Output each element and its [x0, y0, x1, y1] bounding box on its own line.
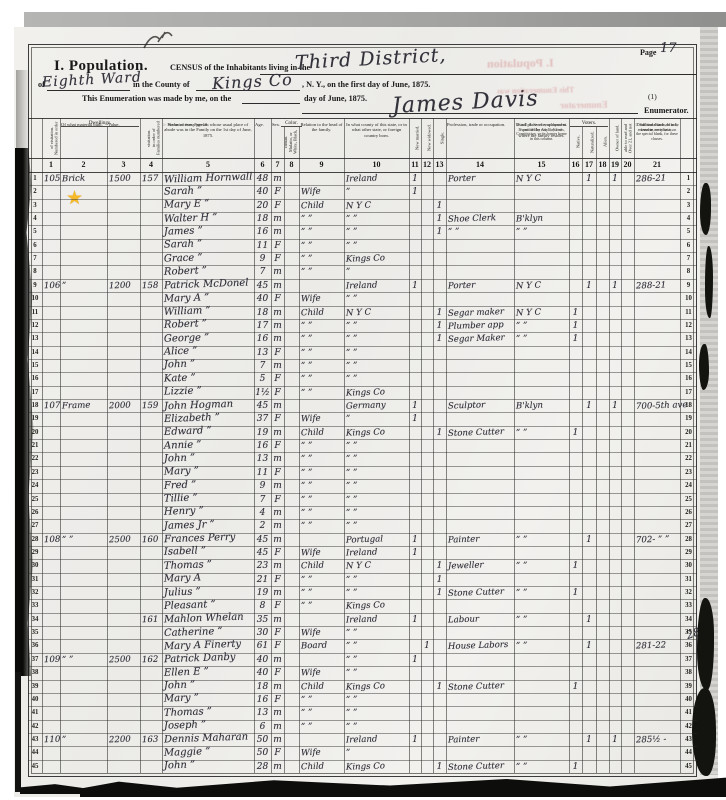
- cell-c9: Wife: [301, 187, 321, 201]
- cell-c6: 8: [254, 601, 271, 614]
- cell-c14: Jeweller: [448, 561, 484, 576]
- cell-c5: Ellen E ”: [164, 666, 209, 681]
- cell-c1: 106: [44, 281, 61, 295]
- column-line: [421, 118, 422, 773]
- cell-c11: 1: [409, 535, 421, 548]
- cell-c4: 159: [142, 401, 159, 415]
- cell-c10: ” ”: [346, 468, 358, 482]
- cell-c10: Kings Co: [346, 761, 386, 776]
- line2-suffix: , N. Y., on the first day of June, 1875.: [302, 80, 430, 89]
- cell-c7: F: [271, 695, 284, 708]
- column-number-c7: 7: [271, 160, 284, 172]
- column-header-c8: White, Black, Mulatto, or Indian.: [285, 128, 298, 156]
- row-number-left: 29: [28, 549, 42, 562]
- cell-c21: 281-22: [636, 641, 667, 655]
- cell-c2: ” ”: [62, 534, 74, 548]
- row-number-right: 1: [680, 175, 697, 188]
- row-number-right: 36: [680, 642, 697, 655]
- column-number-c17: 17: [582, 160, 596, 172]
- cell-c7: m: [271, 521, 284, 534]
- row-number-left: 42: [28, 723, 42, 736]
- cell-c6: 35: [254, 615, 271, 628]
- row-number-right: 40: [680, 696, 697, 709]
- cell-c17: 1: [582, 641, 596, 654]
- cell-c3: 2200: [109, 735, 131, 749]
- scan-artifact: [700, 183, 711, 235]
- cell-c7: F: [271, 548, 284, 561]
- row-number-right: 33: [680, 602, 697, 615]
- cell-c6: 40: [254, 655, 271, 668]
- page-label: Page: [640, 48, 656, 57]
- cell-c6: 18: [254, 214, 271, 227]
- cell-c6: 16: [254, 695, 271, 708]
- cell-c13: 1: [433, 321, 446, 334]
- row-number-left: 40: [28, 696, 42, 709]
- column-number-c5: 5: [162, 160, 254, 172]
- column-header-c12: Now widowed.: [422, 120, 432, 156]
- cell-c9: Wife: [301, 414, 321, 428]
- scan-artifact: [699, 344, 709, 390]
- cell-c6: 23: [254, 561, 271, 574]
- cell-c5: Walter H ”: [164, 212, 218, 227]
- column-line: [621, 118, 622, 773]
- row-number-right: 37: [680, 656, 697, 669]
- cell-c9: Child: [301, 427, 325, 441]
- row-number-right: 44: [680, 749, 697, 762]
- scan-top-edge: [24, 12, 726, 27]
- group-header-voters: Voters.: [570, 119, 608, 127]
- cell-c19: 1: [609, 401, 621, 414]
- cell-c11: 1: [409, 655, 421, 668]
- row-number-right: 35: [680, 629, 697, 642]
- page-number-handwritten: 17: [660, 41, 677, 56]
- row-number-right: 2: [680, 188, 697, 201]
- cell-c2: Brick: [62, 174, 86, 188]
- cell-c11: 1: [409, 401, 421, 414]
- cell-c16: 1: [569, 682, 582, 695]
- row-number-left: 9: [28, 282, 42, 295]
- row-number-left: 37: [28, 656, 42, 669]
- cell-c7: F: [271, 641, 284, 654]
- cell-c10: ” ”: [346, 574, 358, 588]
- cell-c10: ” ”: [346, 668, 358, 682]
- cell-c7: m: [271, 267, 284, 280]
- cell-c6: 2: [254, 521, 271, 534]
- cell-c7: m: [271, 428, 284, 441]
- cell-c9: ” ”: [301, 508, 313, 522]
- column-number-c10: 10: [344, 160, 409, 172]
- cell-c13: 1: [433, 561, 446, 574]
- cell-c15: ” ”: [516, 534, 528, 548]
- ink-smudge: [138, 28, 178, 54]
- cell-c15: ” ”: [516, 735, 528, 749]
- cell-c14: Stone Cutter: [448, 761, 505, 776]
- cell-c10: ” ”: [346, 347, 358, 361]
- cell-c10: N Y C: [346, 307, 372, 321]
- cell-c2: Frame: [62, 401, 91, 415]
- cell-c7: F: [271, 348, 284, 361]
- cell-c10: ” ”: [346, 641, 358, 655]
- cell-c2: ”: [62, 281, 67, 294]
- cell-c13: 1: [433, 682, 446, 695]
- cell-c15: ” ”: [516, 761, 528, 775]
- cell-c7: m: [271, 361, 284, 374]
- cell-c11: 1: [409, 281, 421, 294]
- cell-c10: N Y C: [346, 561, 372, 575]
- column-number-c8: 8: [284, 160, 299, 172]
- cell-c6: 4: [254, 508, 271, 521]
- cell-c5: John Hogman: [164, 398, 234, 414]
- row-number-right: 45: [680, 763, 697, 776]
- cell-c16: 1: [569, 561, 582, 574]
- cell-c10: ” ”: [346, 655, 358, 669]
- cell-c21: 285½ -: [636, 734, 667, 748]
- blank-line-ward: [47, 90, 130, 91]
- cell-c7: F: [271, 374, 284, 387]
- row-number-left: 1: [28, 175, 42, 188]
- cell-c5: Henry ”: [164, 506, 204, 521]
- cell-c9: ” ”: [301, 721, 313, 735]
- cell-c7: m: [271, 281, 284, 294]
- cell-c6: 21: [254, 575, 271, 588]
- column-header-c1: Numbered in order of visitation.: [43, 120, 59, 156]
- cell-c9: ” ”: [301, 227, 313, 241]
- row-number-left: 34: [28, 616, 42, 629]
- cell-c15: B'klyn: [516, 214, 543, 228]
- cell-c6: 40: [254, 187, 271, 200]
- row-number-right: 5: [680, 228, 697, 241]
- cell-c9: ” ”: [301, 374, 313, 388]
- cell-c5: Kate ”: [164, 372, 196, 386]
- row-number-right: 26: [680, 509, 697, 522]
- row-number-left: 2: [28, 188, 42, 201]
- cell-c16: 1: [569, 308, 582, 321]
- row-number-right: 41: [680, 709, 697, 722]
- cell-c6: 16: [254, 441, 271, 454]
- cell-c10: ” ”: [346, 334, 358, 348]
- census-scan-viewport: Page 17 I. Population. CENSUS of the Inh…: [0, 0, 726, 800]
- cell-c7: F: [271, 294, 284, 307]
- cell-c9: Wife: [301, 294, 321, 308]
- column-line: [284, 118, 285, 773]
- cell-c7: m: [271, 561, 284, 574]
- cell-c6: 13: [254, 708, 271, 721]
- row-number-left: 18: [28, 402, 42, 415]
- cell-c9: Wife: [301, 628, 321, 642]
- row-number-right: 12: [680, 322, 697, 335]
- cell-c15: N Y C: [516, 174, 542, 188]
- cell-c6: 45: [254, 401, 271, 414]
- row-number-left: 21: [28, 442, 42, 455]
- row-number-left: 25: [28, 496, 42, 509]
- cell-c10: Kings Co: [346, 427, 386, 442]
- line2-middle: in the County of: [133, 80, 190, 89]
- row-number-left: 35: [28, 629, 42, 642]
- cell-c15: ” ”: [516, 227, 528, 241]
- column-number-c9: 9: [299, 160, 344, 172]
- column-header-c3: Value.: [108, 122, 139, 156]
- row-number-right: 31: [680, 576, 697, 589]
- cell-c7: m: [271, 334, 284, 347]
- cell-c10: ” ”: [346, 321, 358, 335]
- column-header-c11: Now married.: [410, 120, 420, 156]
- cell-c3: 2000: [109, 401, 131, 415]
- cell-c14: Stone Cutter: [448, 427, 505, 442]
- cell-c5: Mary ”: [164, 466, 199, 481]
- cell-c9: ” ”: [301, 334, 313, 348]
- cell-c5: Grace ”: [164, 252, 203, 267]
- row-number-right: 42: [680, 723, 697, 736]
- cell-c6: 5: [254, 374, 271, 387]
- cell-c9: Wife: [301, 548, 321, 562]
- line3-suffix: day of June, 1875.: [304, 94, 367, 103]
- row-number-left: 20: [28, 429, 42, 442]
- cell-c15: ” ”: [516, 588, 528, 602]
- cell-c3: 2500: [109, 534, 131, 548]
- cell-c6: 18: [254, 308, 271, 321]
- column-number-c21: 21: [634, 160, 680, 172]
- row-number-right: 10: [680, 295, 697, 308]
- cell-c13: 1: [433, 227, 446, 240]
- cell-c7: F: [271, 601, 284, 614]
- cell-c10: ” ”: [346, 588, 358, 602]
- cell-c5: Isabell ”: [164, 546, 207, 561]
- cell-c5: Mary A: [164, 573, 201, 588]
- row-number-left: 6: [28, 242, 42, 255]
- row-number-right: 9: [680, 282, 697, 295]
- row-number-right: 30: [680, 562, 697, 575]
- cell-c10: ”: [346, 187, 351, 200]
- cell-c9: Child: [301, 561, 325, 575]
- cell-c7: m: [271, 174, 284, 187]
- cell-c7: m: [271, 722, 284, 735]
- row-number-left: 5: [28, 228, 42, 241]
- binding-shadow-bottom: [15, 672, 21, 792]
- column-line: [107, 118, 108, 773]
- row-number-left: 43: [28, 736, 42, 749]
- cell-c4: 160: [142, 534, 159, 548]
- cell-c13: 1: [433, 308, 446, 321]
- row-number-right: 25: [680, 496, 697, 509]
- cell-c16: 1: [569, 334, 582, 347]
- cell-c6: 30: [254, 628, 271, 641]
- cell-c6: 16: [254, 334, 271, 347]
- column-number-c14: 14: [446, 160, 514, 172]
- cell-c17: 1: [582, 401, 596, 414]
- cell-c6: 11: [254, 468, 271, 481]
- cell-c10: Kings Co: [346, 601, 386, 616]
- cell-c4: 158: [142, 281, 159, 295]
- cell-c7: F: [271, 388, 284, 401]
- cell-c10: Ireland: [346, 547, 378, 561]
- column-number-c3: 3: [107, 160, 140, 172]
- row-number-left: 15: [28, 362, 42, 375]
- column-header-c19: Owner of land.: [610, 120, 620, 156]
- cell-c10: ”: [346, 267, 351, 280]
- cell-c4: 157: [142, 174, 159, 188]
- cell-c9: ” ”: [301, 321, 313, 335]
- cell-c14: House Labors: [448, 640, 509, 655]
- column-number-c4: 4: [140, 160, 162, 172]
- row-number-left: 30: [28, 562, 42, 575]
- row-number-left: 19: [28, 415, 42, 428]
- column-number-c18: 18: [596, 160, 609, 172]
- cell-c7: F: [271, 575, 284, 588]
- cell-c14: Porter: [448, 174, 476, 188]
- cell-c2: ”: [62, 735, 67, 748]
- binding-shadow-top: [16, 70, 30, 150]
- row-number-left: 28: [28, 536, 42, 549]
- cell-c13: 1: [433, 214, 446, 227]
- row-number-right: 23: [680, 469, 697, 482]
- cell-c11: 1: [409, 174, 421, 187]
- cell-c9: Board: [301, 641, 328, 655]
- cell-c15: ” ”: [516, 615, 528, 629]
- cell-c9: ” ”: [301, 494, 313, 508]
- cell-c9: ” ”: [301, 468, 313, 482]
- cell-c6: 20: [254, 201, 271, 214]
- column-header-c2: Of what material built.: [61, 122, 106, 156]
- group-header-color: Color.: [281, 119, 302, 127]
- cell-c11: 1: [409, 187, 421, 200]
- cell-c7: F: [271, 414, 284, 427]
- cell-c13: 1: [433, 762, 446, 775]
- row-number-left: 4: [28, 215, 42, 228]
- row-number-right: 38: [680, 669, 697, 682]
- cell-c9: ” ”: [301, 588, 313, 602]
- cell-c6: 50: [254, 748, 271, 761]
- row-number-right: 24: [680, 482, 697, 495]
- column-header-c20: Over 21, and not able to read and write.: [622, 120, 633, 156]
- blank-line-district: [260, 74, 696, 75]
- cell-c10: ” ”: [346, 628, 358, 642]
- column-line: [582, 118, 583, 773]
- cell-c6: 19: [254, 428, 271, 441]
- column-line: [634, 118, 635, 773]
- cell-c7: m: [271, 214, 284, 227]
- cell-c7: m: [271, 508, 284, 521]
- cell-c5: Robert ”: [164, 319, 207, 334]
- cell-c6: 13: [254, 348, 271, 361]
- cell-c5: Mary E ”: [164, 198, 210, 213]
- cell-c10: ” ”: [346, 521, 358, 535]
- row-number-left: 24: [28, 482, 42, 495]
- column-number-c13: 13: [433, 160, 446, 172]
- cell-c6: 17: [254, 321, 271, 334]
- column-line: [609, 118, 610, 773]
- cell-c4: 161: [142, 614, 159, 628]
- cell-c10: ”: [346, 748, 351, 761]
- cell-c17: 1: [582, 615, 596, 628]
- row-number-left: 27: [28, 522, 42, 535]
- cell-c10: Ireland: [346, 173, 378, 187]
- column-header-c6: Age.: [255, 122, 270, 156]
- row-number-left: 36: [28, 642, 42, 655]
- cell-c6: 37: [254, 414, 271, 427]
- column-header-c14: Profession, trade or occupation.: [447, 122, 513, 156]
- row-number-right: 4: [680, 215, 697, 228]
- cell-c9: ” ”: [301, 521, 313, 535]
- cell-c5: Robert ”: [164, 265, 207, 280]
- column-header-c17: Naturalized.: [583, 128, 595, 156]
- cell-c19: 1: [609, 174, 621, 187]
- cell-c3: 1200: [109, 280, 131, 294]
- row-number-right: 14: [680, 349, 697, 362]
- column-header-c18: Alien.: [597, 128, 608, 156]
- cell-c10: Germany: [346, 400, 386, 415]
- cell-c6: 45: [254, 281, 271, 294]
- cell-c6: 9: [254, 254, 271, 267]
- cell-c9: Child: [301, 681, 325, 695]
- row-number-left: 31: [28, 576, 42, 589]
- cell-c21: 700-5th ave: [636, 400, 688, 415]
- row-number-left: 14: [28, 349, 42, 362]
- cell-c1: 108: [44, 534, 61, 548]
- cell-c6: 7: [254, 267, 271, 280]
- column-header-c9: Relation to the head of the family.: [300, 122, 343, 156]
- row-number-right: 29: [680, 549, 697, 562]
- cell-c14: Porter: [448, 280, 476, 294]
- cell-c4: 163: [142, 735, 159, 749]
- row-number-left: 22: [28, 455, 42, 468]
- row-number-right: 7: [680, 255, 697, 268]
- cell-c10: N Y C: [346, 200, 372, 214]
- column-line: [409, 118, 410, 773]
- cell-c14: Painter: [448, 734, 480, 748]
- cell-c10: ” ”: [346, 481, 358, 495]
- cell-c9: ” ”: [301, 695, 313, 709]
- cell-c10: Portugal: [346, 534, 384, 549]
- cell-c5: Thomas ”: [164, 559, 212, 574]
- cell-c1: 109: [44, 655, 61, 669]
- cell-c12: 1: [421, 641, 433, 654]
- cell-c9: ” ”: [301, 708, 313, 722]
- cell-c5: Joseph ”: [164, 719, 207, 734]
- cell-c10: ” ”: [346, 241, 358, 255]
- column-header-c10: In what county of this state, or in what…: [345, 122, 408, 156]
- row-number-left: 26: [28, 509, 42, 522]
- cell-c11: 1: [409, 548, 421, 561]
- cell-c9: Child: [301, 307, 325, 321]
- cell-c15: ” ”: [516, 321, 528, 335]
- cell-c5: John ”: [164, 760, 196, 774]
- row-number-left: 32: [28, 589, 42, 602]
- cell-c17: 1: [582, 281, 596, 294]
- row-number-right: 13: [680, 335, 697, 348]
- cell-c6: 1½: [254, 388, 271, 401]
- column-number-c2: 2: [60, 160, 107, 172]
- column-number-c20: 20: [621, 160, 634, 172]
- cell-c10: ” ”: [346, 508, 358, 522]
- cell-c6: 40: [254, 668, 271, 681]
- cell-c6: 45: [254, 548, 271, 561]
- cell-c15: N Y C: [516, 280, 542, 294]
- cell-c10: ”: [346, 414, 351, 427]
- column-line: [596, 118, 597, 773]
- row-number-left: 33: [28, 602, 42, 615]
- line3-text: This Enumeration was made by me, on the: [82, 94, 231, 103]
- cell-c6: 45: [254, 535, 271, 548]
- cell-c7: F: [271, 748, 284, 761]
- cell-c7: m: [271, 481, 284, 494]
- cell-c21: 702- ” ”: [636, 534, 670, 549]
- cell-c11: 1: [409, 735, 421, 748]
- cell-c1: 107: [44, 401, 61, 415]
- row-number-left: 39: [28, 683, 42, 696]
- cell-c16: 1: [569, 588, 582, 601]
- cell-c5: John ”: [164, 359, 196, 373]
- row-number-right: 15: [680, 362, 697, 375]
